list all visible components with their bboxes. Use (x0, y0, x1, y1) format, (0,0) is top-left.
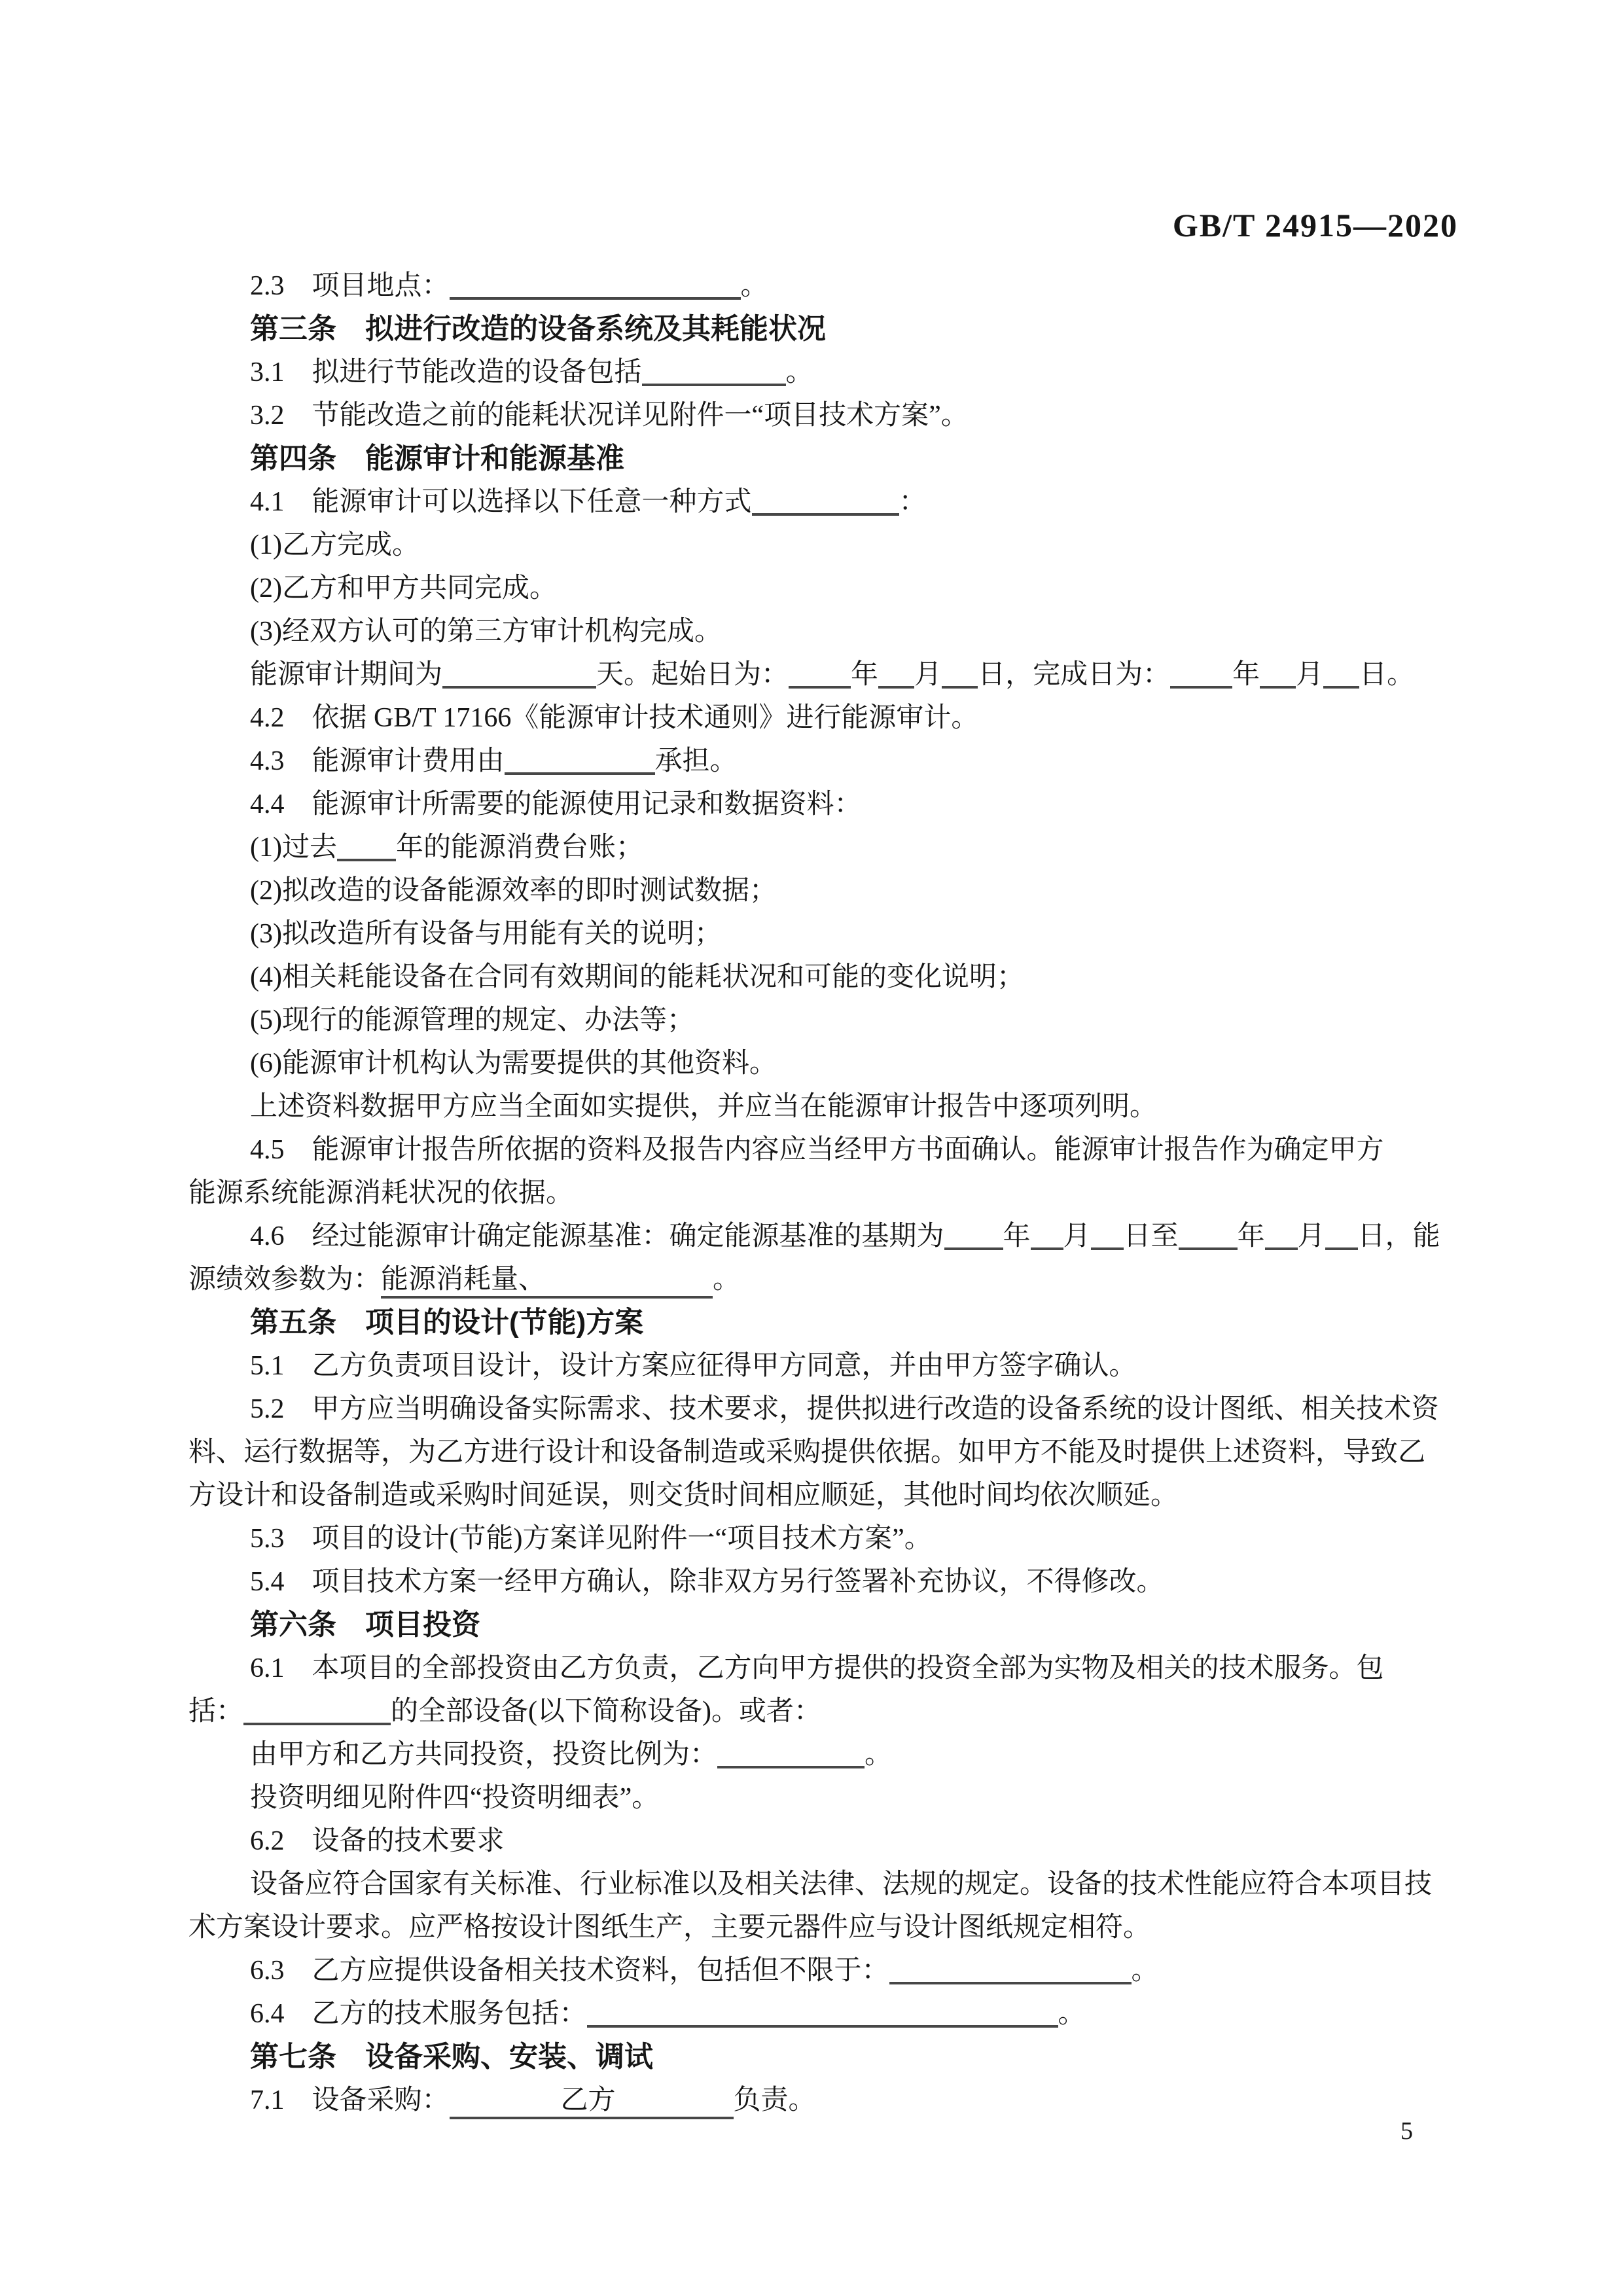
section-heading: 第七条 设备采购、安装、调试 (188, 2036, 1448, 2079)
fill-in-blank (942, 683, 978, 689)
text-run: 月 (914, 660, 942, 690)
contract-line: 6.4 乙方的技术服务包括：。 (188, 1992, 1448, 2036)
filled-blank: 能源消耗量、 (381, 1265, 713, 1299)
contract-line: (1)乙方完成。 (188, 524, 1448, 567)
fill-in-blank (337, 856, 396, 861)
contract-line: 7.1 设备采购：乙方负责。 (188, 2079, 1448, 2122)
text-run: 能源审计期间为 (250, 660, 442, 690)
text-run: 月 (1296, 660, 1323, 690)
text-run: (1)乙方完成。 (250, 530, 419, 560)
fill-in-blank (505, 770, 655, 775)
text-run: 6.2 设备的技术要求 (250, 1826, 505, 1856)
text-run: 4.4 能源审计所需要的能源使用记录和数据资料： (250, 789, 862, 819)
text-run: 2.3 项目地点： (250, 271, 450, 301)
text-run: 。 (1132, 1956, 1159, 1986)
text-run: 。 (741, 271, 768, 301)
fill-in-blank (587, 2022, 1058, 2028)
contract-body: 2.3 项目地点：。第三条 拟进行改造的设备系统及其耗能状况3.1 拟进行节能改… (188, 264, 1448, 2122)
text-run: 4.6 经过能源审计确定能源基准：确定能源基准的基期为 (250, 1221, 944, 1251)
contract-line: 设备应符合国家有关标准、行业标准以及相关法律、法规的规定。设备的技术性能应符合本… (188, 1863, 1448, 1906)
text-run: 7.1 设备采购： (250, 2085, 450, 2115)
text-run: 4.5 能源审计报告所依据的资料及报告内容应当经甲方书面确认。能源审计报告作为确… (250, 1135, 1384, 1165)
text-run: 由甲方和乙方共同投资，投资比例为： (250, 1740, 717, 1770)
fill-in-blank (717, 1763, 865, 1768)
contract-line: (6)能源审计机构认为需要提供的其他资料。 (188, 1042, 1448, 1085)
contract-line-continuation: 方设计和设备制造或采购时间延误，则交货时间相应顺延，其他时间均依次顺延。 (188, 1474, 1448, 1517)
contract-line: 上述资料数据甲方应当全面如实提供，并应当在能源审计报告中逐项列明。 (188, 1085, 1448, 1128)
text-run: 的全部设备(以下简称设备)。或者： (391, 1696, 821, 1727)
text-run: 第五条 项目的设计(节能)方案 (250, 1306, 643, 1338)
section-heading: 第六条 项目投资 (188, 1604, 1448, 1647)
text-run: 日，完成日为： (978, 660, 1170, 690)
contract-line: 5.3 项目的设计(节能)方案详见附件一“项目技术方案”。 (188, 1517, 1448, 1560)
contract-line-continuation: 源绩效参数为：能源消耗量、。 (188, 1258, 1448, 1301)
contract-line-continuation: 能源系统能源消耗状况的依据。 (188, 1172, 1448, 1215)
text-run: 料、运行数据等，为乙方进行设计和设备制造或采购提供依据。如甲方不能及时提供上述资… (188, 1437, 1425, 1467)
text-run: 源绩效参数为： (188, 1265, 381, 1295)
contract-line: (3)经双方认可的第三方审计机构完成。 (188, 610, 1448, 653)
text-run: 4.1 能源审计可以选择以下任意一种方式 (250, 487, 752, 517)
text-run: 第四条 能源审计和能源基准 (250, 442, 624, 475)
fill-in-blank (1325, 1245, 1358, 1250)
text-run: (1)过去 (250, 833, 337, 863)
fill-in-blank (1179, 1245, 1238, 1250)
section-heading: 第五条 项目的设计(节能)方案 (188, 1301, 1448, 1344)
contract-line: 6.1 本项目的全部投资由乙方负责，乙方向甲方提供的投资全部为实物及相关的技术服… (188, 1647, 1448, 1690)
text-run: 第七条 设备采购、安装、调试 (250, 2041, 653, 2073)
contract-line: (3)拟改造所有设备与用能有关的说明； (188, 912, 1448, 956)
text-run: (2)乙方和甲方共同完成。 (250, 573, 557, 603)
text-run: 3.1 拟进行节能改造的设备包括 (250, 357, 642, 387)
text-run: 天。起始日为： (596, 660, 789, 690)
text-run: 5.4 项目技术方案一经甲方确认，除非双方另行签署补充协议，不得修改。 (250, 1567, 1164, 1597)
text-run: 年 (1238, 1221, 1265, 1251)
fill-in-blank (642, 381, 786, 386)
text-run: 5.1 乙方负责项目设计，设计方案应征得甲方同意，并由甲方签字确认。 (250, 1351, 1137, 1381)
section-heading: 第三条 拟进行改造的设备系统及其耗能状况 (188, 308, 1448, 351)
contract-line: 6.2 设备的技术要求 (188, 1820, 1448, 1863)
section-heading: 第四条 能源审计和能源基准 (188, 437, 1448, 480)
text-run: 6.3 乙方应提供设备相关技术资料，包括但不限于： (250, 1956, 889, 1986)
fill-in-blank (1170, 683, 1232, 689)
fill-in-blank (944, 1245, 1003, 1250)
fill-in-blank (752, 511, 899, 516)
contract-line: 5.2 甲方应当明确设备实际需求、技术要求，提供拟进行改造的设备系统的设计图纸、… (188, 1388, 1448, 1431)
text-run: 方设计和设备制造或采购时间延误，则交货时间相应顺延，其他时间均依次顺延。 (188, 1480, 1178, 1511)
text-run: 第三条 拟进行改造的设备系统及其耗能状况 (250, 313, 826, 345)
text-run: (2)拟改造的设备能源效率的即时测试数据； (250, 876, 777, 906)
contract-line: 6.3 乙方应提供设备相关技术资料，包括但不限于：。 (188, 1949, 1448, 1992)
fill-in-blank (1091, 1245, 1124, 1250)
fill-in-blank (442, 683, 596, 689)
standard-number: GB/T 24915—2020 (1173, 206, 1458, 244)
text-run: 承担。 (655, 746, 738, 776)
text-run: (3)拟改造所有设备与用能有关的说明； (250, 919, 722, 949)
text-run: (5)现行的能源管理的规定、办法等； (250, 1005, 694, 1035)
contract-line: 5.1 乙方负责项目设计，设计方案应征得甲方同意，并由甲方签字确认。 (188, 1344, 1448, 1388)
text-run: 月 (1298, 1221, 1325, 1251)
fill-in-blank (1031, 1245, 1063, 1250)
text-run: (4)相关耗能设备在合同有效期间的能耗状况和可能的变化说明； (250, 962, 1024, 992)
text-run: 5.3 项目的设计(节能)方案详见附件一“项目技术方案”。 (250, 1524, 932, 1554)
text-run: 。 (1058, 1999, 1086, 2029)
contract-line-continuation: 括：的全部设备(以下简称设备)。或者： (188, 1690, 1448, 1733)
text-run: 投资明细见附件四“投资明细表”。 (250, 1783, 659, 1813)
text-run: 设备应符合国家有关标准、行业标准以及相关法律、法规的规定。设备的技术性能应符合本… (250, 1869, 1432, 1899)
contract-line: 4.5 能源审计报告所依据的资料及报告内容应当经甲方书面确认。能源审计报告作为确… (188, 1128, 1448, 1172)
contract-line: 4.4 能源审计所需要的能源使用记录和数据资料： (188, 783, 1448, 826)
contract-line: 4.6 经过能源审计确定能源基准：确定能源基准的基期为年月日至年月日，能 (188, 1215, 1448, 1258)
text-run: 6.4 乙方的技术服务包括： (250, 1999, 587, 2029)
text-run: 能源系统能源消耗状况的依据。 (188, 1178, 573, 1208)
text-run: ： (899, 487, 927, 517)
text-run: 术方案设计要求。应严格按设计图纸生产，主要元器件应与设计图纸规定相符。 (188, 1912, 1150, 1943)
contract-line: (2)拟改造的设备能源效率的即时测试数据； (188, 869, 1448, 912)
contract-line-continuation: 术方案设计要求。应严格按设计图纸生产，主要元器件应与设计图纸规定相符。 (188, 1906, 1448, 1949)
text-run: 。 (713, 1265, 740, 1295)
contract-line: 2.3 项目地点：。 (188, 264, 1448, 308)
text-run: 3.2 节能改造之前的能耗状况详见附件一“项目技术方案”。 (250, 401, 969, 431)
contract-line: 3.2 节能改造之前的能耗状况详见附件一“项目技术方案”。 (188, 394, 1448, 437)
text-run: 日，能 (1358, 1221, 1440, 1251)
text-run: (3)经双方认可的第三方审计机构完成。 (250, 617, 722, 647)
text-run: 负责。 (734, 2085, 816, 2115)
text-run: 第六条 项目投资 (250, 1609, 480, 1641)
contract-line: (4)相关耗能设备在合同有效期间的能耗状况和可能的变化说明； (188, 956, 1448, 999)
contract-line: 3.1 拟进行节能改造的设备包括。 (188, 351, 1448, 394)
text-run: 。 (786, 357, 813, 387)
contract-line: 投资明细见附件四“投资明细表”。 (188, 1776, 1448, 1820)
text-run: 上述资料数据甲方应当全面如实提供，并应当在能源审计报告中逐项列明。 (250, 1092, 1157, 1122)
text-run: 。 (865, 1740, 892, 1770)
fill-in-blank (450, 295, 741, 300)
text-run: 4.3 能源审计费用由 (250, 746, 505, 776)
text-run: 年 (1003, 1221, 1031, 1251)
contract-line: 4.2 依据 GB/T 17166《能源审计技术通则》进行能源审计。 (188, 696, 1448, 740)
fill-in-blank (243, 1720, 391, 1725)
fill-in-blank (1265, 1245, 1298, 1250)
fill-in-blank (878, 683, 914, 689)
text-run: 6.1 本项目的全部投资由乙方负责，乙方向甲方提供的投资全部为实物及相关的技术服… (250, 1653, 1384, 1683)
fill-in-blank (1323, 683, 1359, 689)
contract-line: (2)乙方和甲方共同完成。 (188, 567, 1448, 610)
contract-line: (5)现行的能源管理的规定、办法等； (188, 999, 1448, 1042)
page-number: 5 (1400, 2117, 1413, 2145)
contract-line: 4.3 能源审计费用由承担。 (188, 740, 1448, 783)
text-run: 月 (1063, 1221, 1091, 1251)
contract-line: (1)过去年的能源消费台账； (188, 826, 1448, 869)
text-run: 4.2 依据 GB/T 17166《能源审计技术通则》进行能源审计。 (250, 703, 978, 733)
contract-line: 能源审计期间为天。起始日为：年月日，完成日为：年月日。 (188, 653, 1448, 696)
text-run: (6)能源审计机构认为需要提供的其他资料。 (250, 1049, 777, 1079)
contract-line: 5.4 项目技术方案一经甲方确认，除非双方另行签署补充协议，不得修改。 (188, 1560, 1448, 1604)
fill-in-blank (789, 683, 851, 689)
fill-in-blank (889, 1979, 1132, 1984)
filled-blank: 乙方 (450, 2086, 734, 2119)
document-page: GB/T 24915—2020 2.3 项目地点：。第三条 拟进行改造的设备系统… (0, 0, 1623, 2296)
text-run: 5.2 甲方应当明确设备实际需求、技术要求，提供拟进行改造的设备系统的设计图纸、… (250, 1394, 1439, 1424)
contract-line-continuation: 料、运行数据等，为乙方进行设计和设备制造或采购提供依据。如甲方不能及时提供上述资… (188, 1431, 1448, 1474)
contract-line: 由甲方和乙方共同投资，投资比例为：。 (188, 1733, 1448, 1776)
text-run: 日。 (1359, 660, 1414, 690)
text-run: 年 (851, 660, 878, 690)
text-run: 括： (188, 1696, 243, 1727)
text-run: 日至 (1124, 1221, 1179, 1251)
text-run: 年 (1232, 660, 1260, 690)
text-run: 年的能源消费台账； (396, 833, 643, 863)
fill-in-blank (1260, 683, 1296, 689)
contract-line: 4.1 能源审计可以选择以下任意一种方式： (188, 480, 1448, 524)
